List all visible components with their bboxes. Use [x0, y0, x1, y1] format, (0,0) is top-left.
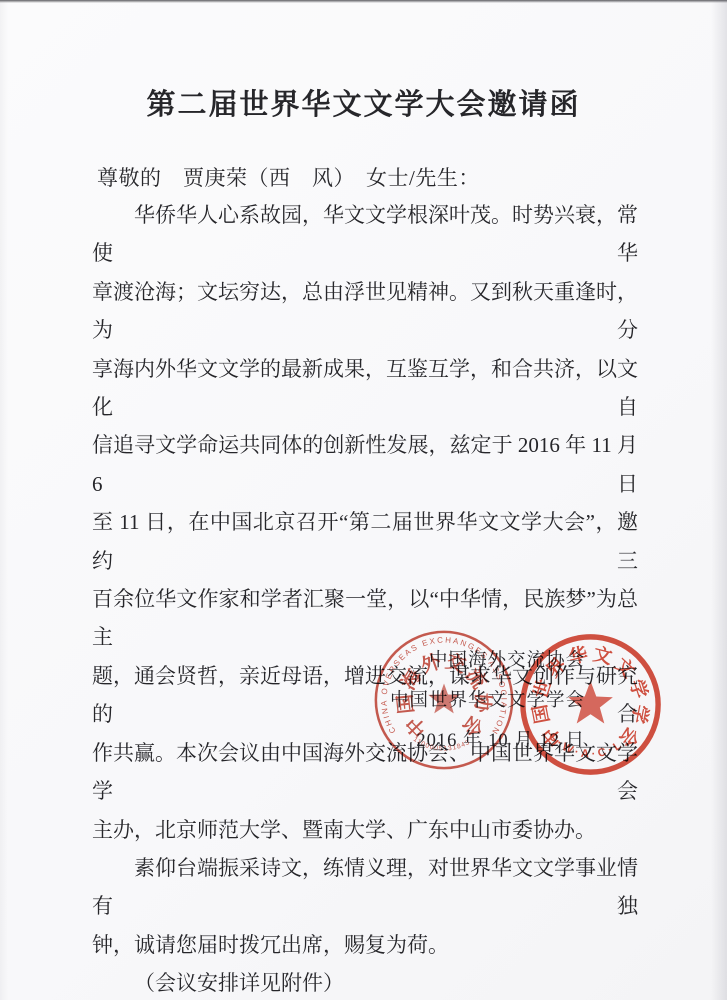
scan-right-edge-shadow: [711, 0, 727, 1000]
scan-left-edge: [0, 0, 8, 1000]
body-line: 钟，诚请您届时拨冗出席，赐复为荷。: [92, 926, 638, 964]
scan-top-edge: [0, 0, 727, 3]
body-line: 信追寻文学命运共同体的创新性发展，兹定于 2016 年 11 月 6 日: [92, 426, 638, 503]
page-title: 第二届世界华文文学大会邀请函: [0, 82, 727, 123]
body-line: 享海内外华文文学的最新成果，互鉴互学，和合共济，以文化自: [92, 350, 638, 427]
signature-org-1: 中国海外交流协会: [390, 641, 585, 681]
body-line: 章渡沧海；文坛穷达，总由浮世见精神。又到秋天重逢时，为分: [92, 273, 638, 350]
body-line: 华侨华人心系故园，华文文学根深叶茂。时势兴衰，常使华: [92, 196, 638, 273]
signature-date: 2016 年 10 月 12 日: [390, 721, 585, 761]
body-line: 素仰台端振采诗文，练情义理，对世界华文文学事业情有独: [92, 849, 638, 926]
signature-org-2: 中国世界华文文学学会: [390, 681, 585, 721]
attachment-note: （会议安排详见附件）: [92, 964, 638, 1000]
scanned-invitation-letter: 第二届世界华文文学大会邀请函 尊敬的 贾庚荣（西 风） 女士/先生： 华侨华人心…: [0, 0, 727, 1000]
signature-block: 中国海外交流协会 中国世界华文文学学会 2016 年 10 月 12 日: [390, 641, 585, 761]
body-line: 至 11 日，在中国北京召开“第二届世界华文文学大会”，邀约三: [92, 503, 638, 580]
letter-body: 华侨华人心系故园，华文文学根深叶茂。时势兴衰，常使华 章渡沧海；文坛穷达，总由浮…: [92, 196, 638, 1000]
body-line: 主办，北京师范大学、暨南大学、广东中山市委协办。: [92, 811, 638, 849]
salutation-line: 尊敬的 贾庚荣（西 风） 女士/先生：: [97, 162, 480, 192]
